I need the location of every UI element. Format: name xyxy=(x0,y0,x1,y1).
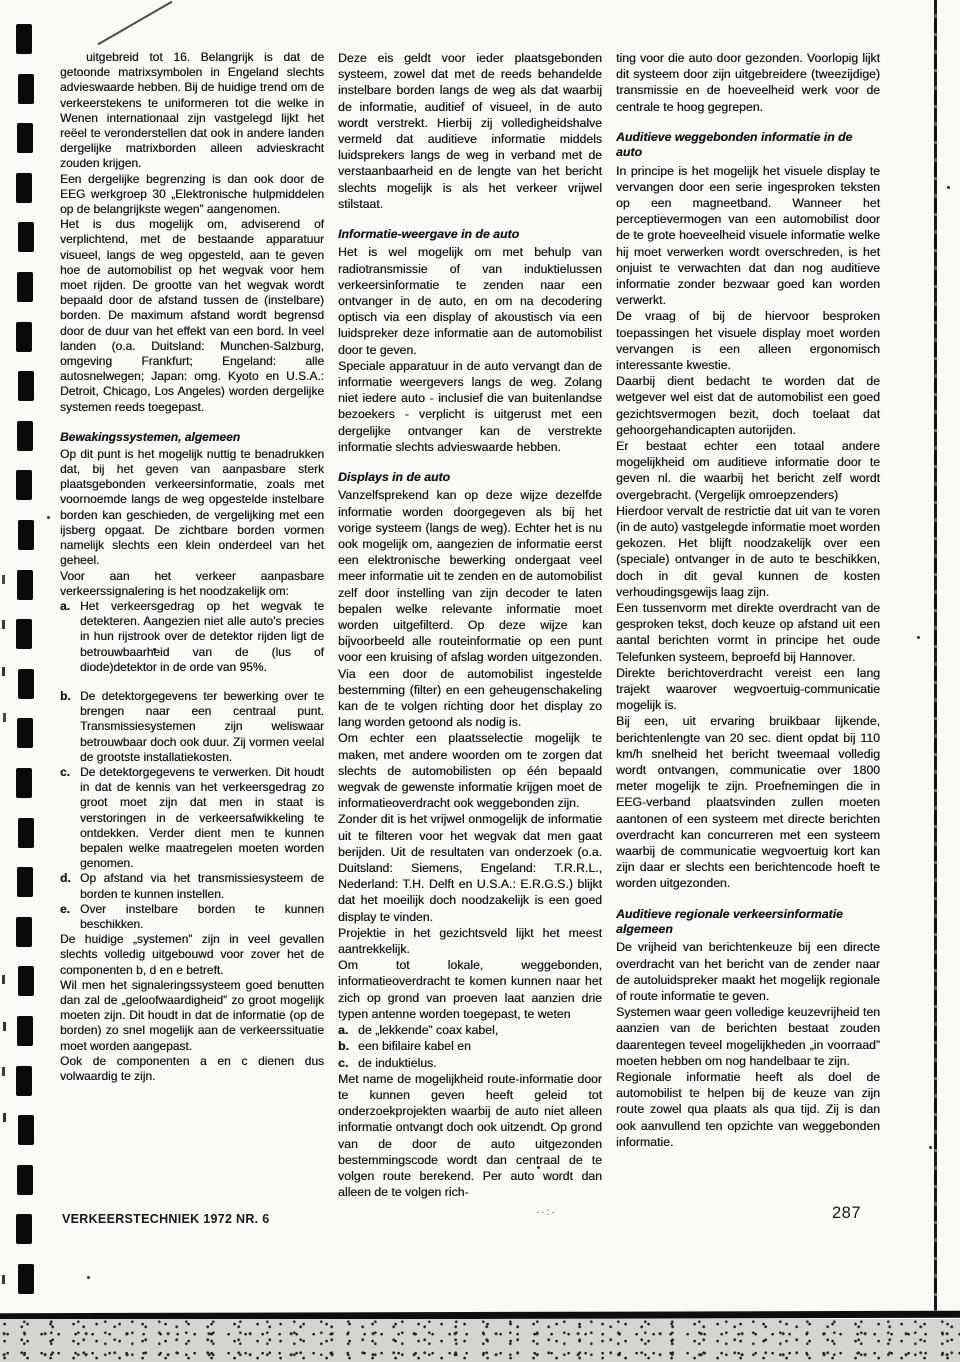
paragraph: ting voor die auto door gezonden. Voorlo… xyxy=(616,50,880,115)
list-item-text: een bifilaire kabel en xyxy=(358,1038,602,1054)
binding-mark xyxy=(16,173,32,203)
scan-edge-ticks xyxy=(2,575,5,584)
binding-mark xyxy=(18,669,34,699)
section-heading: Auditieve weggebonden informatie in de a… xyxy=(616,130,880,161)
binding-mark xyxy=(16,1066,32,1096)
journal-title-footer: VERKEERSTECHNIEK 1972 NR. 6 xyxy=(62,1212,269,1226)
scanned-journal-page: uitgebreid tot 16. Belangrijk is dat de … xyxy=(0,0,960,1362)
column-2: Deze eis geldt voor ieder plaatsgebonden… xyxy=(338,50,602,1200)
paragraph: Projektie in het gezichtsveld lijkt het … xyxy=(338,925,602,957)
list-item-text: de „lekkende” coax kabel, xyxy=(358,1022,602,1038)
binding-mark xyxy=(18,966,34,996)
list-marker: a. xyxy=(338,1022,358,1038)
paragraph: Bij een, uit ervaring bruikbaar lijkende… xyxy=(616,713,880,891)
list-item: c.de induktielus. xyxy=(338,1055,602,1071)
binding-mark xyxy=(17,718,33,748)
paragraph: Systemen waar geen volledige keuzevrijhe… xyxy=(616,1004,880,1069)
binding-mark xyxy=(17,867,33,897)
paragraph: Het is dus mogelijk om, adviserend of ve… xyxy=(60,217,324,415)
binding-mark xyxy=(18,1115,34,1145)
paragraph: Om tot lokale, weggebonden, informatieov… xyxy=(338,957,602,1022)
paragraph: De vrijheid van berichtenkeuze bij een d… xyxy=(616,939,880,1004)
paragraph: Speciale apparatuur in de auto vervangt … xyxy=(338,358,602,455)
list-item-text: Over instelbare borden te kunnen beschik… xyxy=(80,902,324,932)
paragraph: Hierdoor vervalt de restrictie dat uit v… xyxy=(616,503,880,600)
paragraph: De vraag of bij de hiervoor besproken to… xyxy=(616,308,880,373)
binding-mark xyxy=(18,371,34,401)
paragraph: Er bestaat echter een totaal andere moge… xyxy=(616,438,880,503)
list-marker: b. xyxy=(60,689,80,765)
list-item-text: Het verkeersgedrag op het wegvak te dete… xyxy=(80,599,324,675)
binding-mark xyxy=(16,322,32,352)
section-heading: Auditieve regionale verkeersinformatie a… xyxy=(616,907,880,938)
list-marker: a. xyxy=(60,599,80,675)
paragraph: Direkte berichtoverdracht vereist een la… xyxy=(616,665,880,714)
paragraph: Een tussenvorm met direkte overdracht va… xyxy=(616,600,880,665)
paragraph: Deze eis geldt voor ieder plaatsgebonden… xyxy=(338,50,602,212)
binding-mark xyxy=(18,74,34,104)
list-item-text: de induktielus. xyxy=(358,1055,602,1071)
list-item-text: Op afstand via het transmissiesysteem de… xyxy=(80,871,324,901)
paragraph: Een dergelijke begrenzing is dan ook doo… xyxy=(60,172,324,218)
list-marker: c. xyxy=(338,1055,358,1071)
section-heading: Informatie-weergave in de auto xyxy=(338,227,602,242)
binding-mark xyxy=(17,570,33,600)
paragraph: Met name de mogelijkheid route-informati… xyxy=(338,1071,602,1201)
binding-mark xyxy=(18,520,34,550)
binding-mark xyxy=(16,768,32,798)
paragraph: In principe is het mogelijk het visuele … xyxy=(616,163,880,309)
list-item-text: De detektorgegevens ter bewerking over t… xyxy=(80,689,324,765)
binding-mark xyxy=(17,1165,33,1195)
list-item: a.Het verkeersgedrag op het wegvak te de… xyxy=(60,599,324,675)
binding-mark xyxy=(17,272,33,302)
list-marker: e. xyxy=(60,902,80,932)
list-item: b.De detektorgegevens ter bewerking over… xyxy=(60,689,324,765)
list-marker: c. xyxy=(60,765,80,871)
list-item: b.een bifilaire kabel en xyxy=(338,1038,602,1054)
paragraph: Regionale informatie heeft als doel de a… xyxy=(616,1069,880,1150)
paragraph: Zonder dit is het vrijwel onmogelijk de … xyxy=(338,811,602,924)
list-item: e.Over instelbare borden te kunnen besch… xyxy=(60,902,324,932)
article-body: uitgebreid tot 16. Belangrijk is dat de … xyxy=(60,50,880,1200)
list-item-text: De detektorgegevens te verwerken. Dit ho… xyxy=(80,765,324,871)
section-heading: Bewakingssystemen, algemeen xyxy=(60,430,324,445)
page-number: 287 xyxy=(832,1204,861,1223)
column-3: ting voor die auto door gezonden. Voorlo… xyxy=(616,50,880,1200)
paragraph: Vanzelfsprekend kan op deze wijze dezelf… xyxy=(338,487,602,730)
binding-mark xyxy=(18,1264,34,1294)
scan-specks xyxy=(947,186,950,189)
page-edge-shadow xyxy=(934,0,937,1316)
list-marker: d. xyxy=(60,871,80,901)
binding-mark xyxy=(16,917,32,947)
binding-mark xyxy=(16,1214,32,1244)
paragraph: Om echter een plaatsselectie mogelijk te… xyxy=(338,730,602,811)
scan-smudge: ··:· xyxy=(536,1207,562,1217)
binding-mark xyxy=(16,619,32,649)
binding-mark xyxy=(17,123,33,153)
paragraph: Ook de componenten a en c dienen dus vol… xyxy=(60,1054,324,1084)
paragraph: Op dit punt is het mogelijk nuttig te be… xyxy=(60,447,324,569)
paragraph: Daarbij dient bedacht te worden dat de w… xyxy=(616,373,880,438)
scan-bottom-texture xyxy=(0,1319,960,1362)
scan-scratch-line xyxy=(97,1,172,46)
paragraph: De huidige „systemen” zijn in veel geval… xyxy=(60,932,324,978)
column-1: uitgebreid tot 16. Belangrijk is dat de … xyxy=(60,50,324,1200)
paragraph: Het is wel mogelijk om met behulp van ra… xyxy=(338,244,602,357)
binding-mark xyxy=(16,24,32,54)
paragraph: Wil men het signaleringssysteem goed ben… xyxy=(60,978,324,1054)
list-item: a.de „lekkende” coax kabel, xyxy=(338,1022,602,1038)
list-item: c.De detektorgegevens te verwerken. Dit … xyxy=(60,765,324,871)
binding-mark xyxy=(17,1016,33,1046)
list-marker: b. xyxy=(338,1038,358,1054)
paragraph: uitgebreid tot 16. Belangrijk is dat de … xyxy=(60,50,324,172)
binding-mark xyxy=(17,421,33,451)
binding-mark xyxy=(18,818,34,848)
paragraph: Voor aan het verkeer aanpasbare verkeers… xyxy=(60,569,324,599)
list-item: d.Op afstand via het transmissiesysteem … xyxy=(60,871,324,901)
binding-mark xyxy=(18,222,34,252)
binding-mark xyxy=(16,470,32,500)
section-heading: Displays in de auto xyxy=(338,470,602,485)
